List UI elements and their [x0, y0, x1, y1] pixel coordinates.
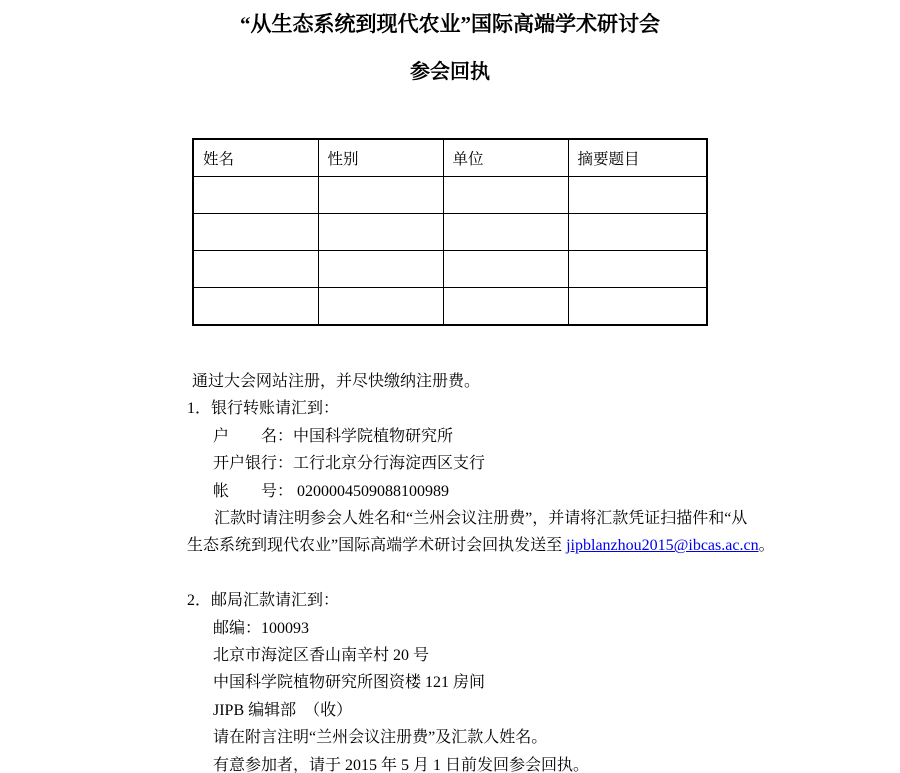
note-period: 。 [759, 537, 775, 554]
conference-title: “从生态系统到现代农业”国际高端学术研讨会 [0, 0, 900, 38]
memo-instruction-line: 请在附言注明“兰州会议注册费”及汇款人姓名。 [213, 724, 900, 751]
section2-heading: 2．邮局汇款请汇到： [187, 587, 900, 614]
table-cell-empty [443, 214, 568, 251]
table-header-gender: 性别 [318, 139, 443, 177]
section2-heading-label: 邮局汇款请汇到： [211, 592, 339, 609]
table-header-name: 姓名 [193, 139, 318, 177]
table-row [193, 177, 707, 214]
table-row [193, 251, 707, 288]
table-cell-empty [318, 214, 443, 251]
registration-table: 姓名 性别 单位 摘要题目 [192, 138, 708, 326]
bank-line: 开户银行：工行北京分行海淀西区支行 [213, 450, 900, 477]
recipient-line: JIPB 编辑部 （收） [213, 697, 900, 724]
table-header-abstract-title: 摘要题目 [568, 139, 707, 177]
table-row [193, 288, 707, 326]
intro-text: 通过大会网站注册，并尽快缴纳注册费。 [192, 368, 900, 395]
table-row [193, 214, 707, 251]
registration-form-page: “从生态系统到现代农业”国际高端学术研讨会 参会回执 姓名 性别 单位 摘要题目 [0, 0, 900, 773]
table-cell-empty [193, 177, 318, 214]
deadline-line: 有意参加者，请于 2015 年 5 月 1 日前发回参会回执。 [213, 752, 900, 773]
table-cell-empty [193, 214, 318, 251]
email-link[interactable]: jipblanzhou2015@ibcas.ac.cn [566, 537, 758, 554]
table-cell-empty [193, 288, 318, 326]
account-name-line: 户 名：中国科学院植物研究所 [213, 423, 900, 450]
table-cell-empty [568, 288, 707, 326]
table-cell-empty [443, 251, 568, 288]
building-room-line: 中国科学院植物研究所图资楼 121 房间 [213, 669, 900, 696]
address-line: 北京市海淀区香山南辛村 20 号 [213, 642, 900, 669]
form-title: 参会回执 [0, 59, 900, 86]
table-cell-empty [568, 214, 707, 251]
account-number-line: 帐 号： 0200004509088100989 [213, 478, 900, 505]
table-cell-empty [443, 288, 568, 326]
table-cell-empty [193, 251, 318, 288]
table-header-organization: 单位 [443, 139, 568, 177]
table-cell-empty [318, 288, 443, 326]
table-cell-empty [318, 251, 443, 288]
table-cell-empty [568, 251, 707, 288]
note-line2-prefix: 生态系统到现代农业”国际高端学术研讨会回执发送至 [187, 537, 566, 554]
section2-number: 2． [187, 592, 211, 609]
section1-heading-label: 银行转账请汇到： [211, 400, 339, 417]
table-header-row: 姓名 性别 单位 摘要题目 [193, 139, 707, 177]
remittance-note: 汇款时请注明参会人姓名和“兰州会议注册费”，并请将汇款凭证扫描件和“从生态系统到… [187, 505, 900, 560]
table-cell-empty [568, 177, 707, 214]
postal-code-line: 邮编：100093 [213, 615, 900, 642]
note-line1: 汇款时请注明参会人姓名和“兰州会议注册费”，并请将汇款凭证扫描件和“从 [214, 510, 747, 527]
table-cell-empty [443, 177, 568, 214]
table-cell-empty [318, 177, 443, 214]
section1-number: 1． [187, 400, 211, 417]
section1-heading: 1．银行转账请汇到： [187, 395, 900, 422]
